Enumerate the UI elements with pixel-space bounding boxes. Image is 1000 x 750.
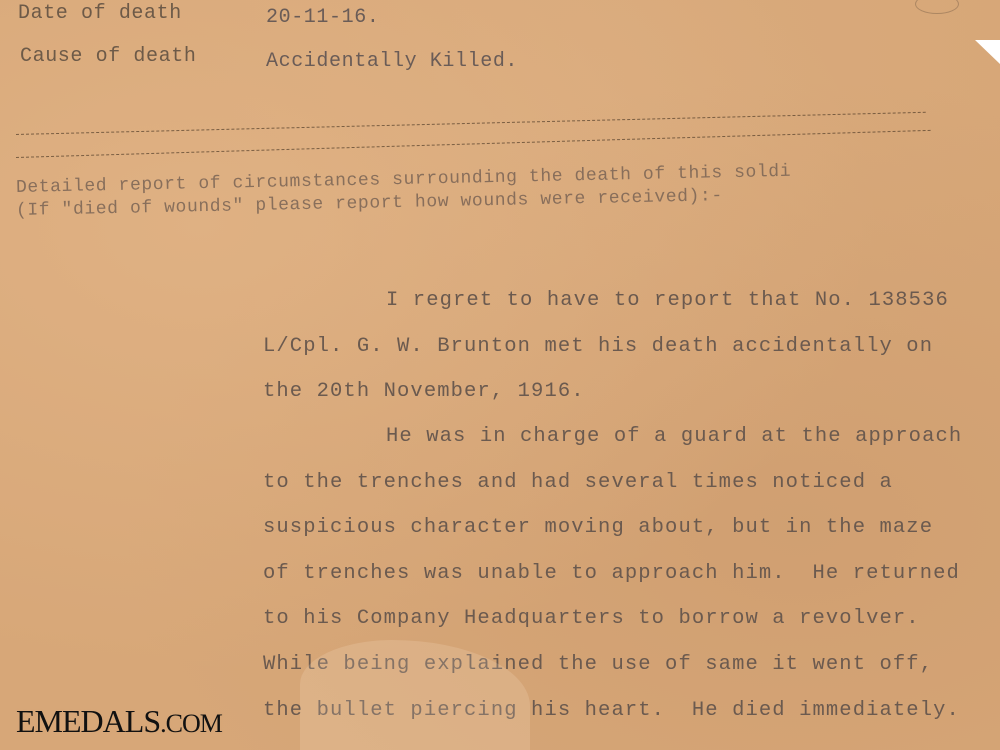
body-line-6: suspicious character moving about, but i… xyxy=(263,516,933,539)
body-line-2: L/Cpl. G. W. Brunton met his death accid… xyxy=(263,335,933,358)
watermark-suffix: .COM xyxy=(160,709,222,738)
body-line-5: to the trenches and had several times no… xyxy=(263,471,893,494)
body-line-3: the 20th November, 1916. xyxy=(263,380,585,403)
date-of-death-label: Date of death xyxy=(18,2,182,25)
watermark-main: EMEDALS xyxy=(16,703,160,739)
body-line-1: I regret to have to report that No. 1385… xyxy=(386,289,949,312)
emedals-watermark: EMEDALS.COM xyxy=(16,703,222,740)
body-line-7: of trenches was unable to approach him. … xyxy=(263,562,960,585)
cause-of-death-label: Cause of death xyxy=(20,45,196,68)
blank-line-2 xyxy=(16,130,931,158)
paper-tear xyxy=(975,40,1000,64)
body-line-8: to his Company Headquarters to borrow a … xyxy=(263,607,920,630)
body-line-4: He was in charge of a guard at the appro… xyxy=(386,425,962,448)
blank-line-1 xyxy=(16,112,926,135)
cause-of-death-value: Accidentally Killed. xyxy=(266,50,518,73)
stamp-mark xyxy=(915,0,959,14)
date-of-death-value: 20-11-16. xyxy=(266,6,379,29)
